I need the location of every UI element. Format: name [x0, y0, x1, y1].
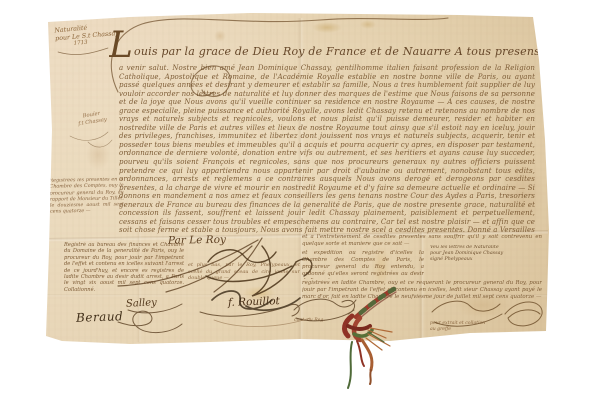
edge-vignette — [0, 0, 592, 395]
photo-background: Naturalitépour Le S.t Chassay1713 L ouis… — [0, 0, 592, 395]
parchment-document: Naturalitépour Le S.t Chassay1713 L ouis… — [0, 0, 592, 395]
